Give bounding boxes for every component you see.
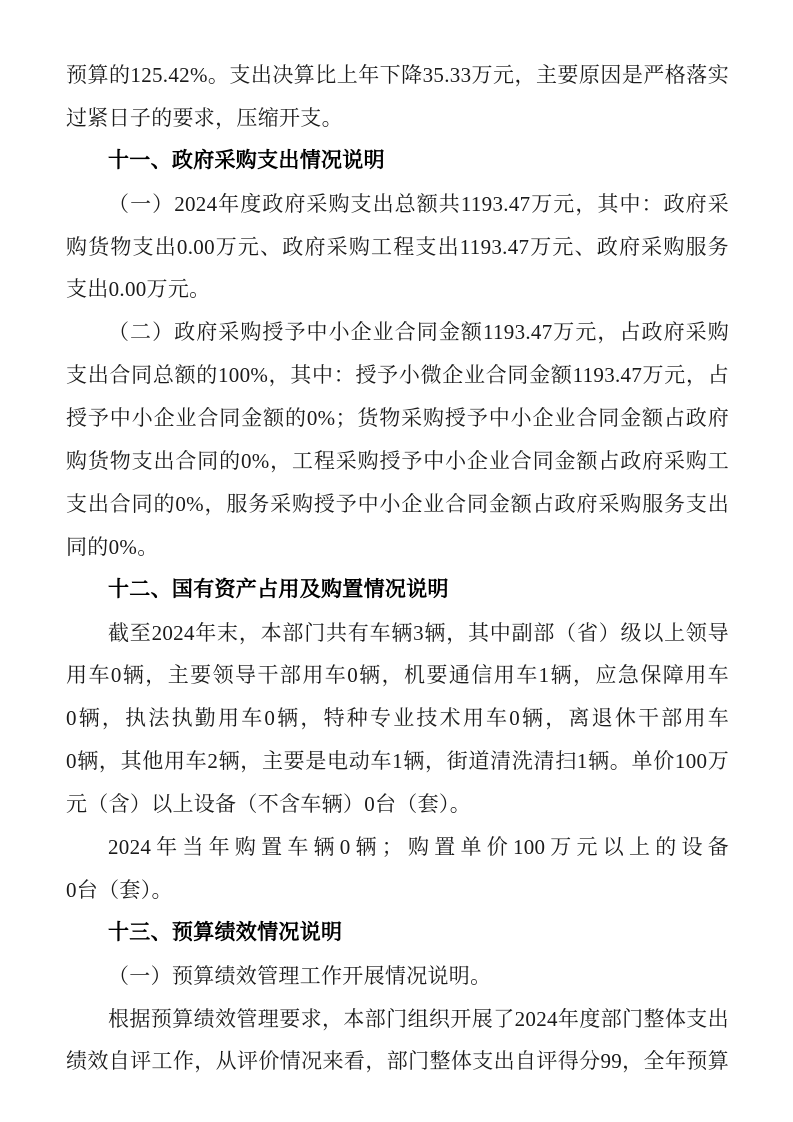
text-line: （一）2024年度政府采购支出总额共1193.47万元，其中：政府采 [66,183,729,226]
text-line: 购货物支出0.00万元、政府采购工程支出1193.47万元、政府采购服务 [66,226,729,269]
section-heading: 十三、预算绩效情况说明 [66,912,729,955]
text-line: 同的0%。 [66,526,729,569]
text-line: 0辆，其他用车2辆，主要是电动车1辆，街道清洗清扫1辆。单价100万 [66,740,729,783]
text-line: 预算的125.42%。支出决算比上年下降35.33万元，主要原因是严格落实 [66,54,729,97]
text-line: 根据预算绩效管理要求，本部门组织开展了2024年度部门整体支出 [66,998,729,1041]
text-line: 2024年当年购置车辆0辆；购置单价100万元以上的设备 [66,826,729,869]
text-line: 绩效自评工作，从评价情况来看，部门整体支出自评得分99，全年预算 [66,1040,729,1083]
text-line: 元（含）以上设备（不含车辆）0台（套）。 [66,783,729,826]
text-line: 支出合同总额的100%，其中：授予小微企业合同金额1193.47万元，占 [66,354,729,397]
text-line: 截至2024年末，本部门共有车辆3辆，其中副部（省）级以上领导 [66,612,729,655]
document-page: 预算的125.42%。支出决算比上年下降35.33万元，主要原因是严格落实 过紧… [0,0,793,1122]
text-line: 授予中小企业合同金额的0%；货物采购授予中小企业合同金额占政府采 [66,397,729,440]
section-heading: 十一、政府采购支出情况说明 [66,140,729,183]
document-body: 预算的125.42%。支出决算比上年下降35.33万元，主要原因是严格落实 过紧… [66,54,729,1083]
text-line: 0辆，执法执勤用车0辆，特种专业技术用车0辆，离退休干部用车 [66,697,729,740]
text-line: 购货物支出合同的0%，工程采购授予中小企业合同金额占政府采购工程 [66,440,729,483]
text-line: 用车0辆，主要领导干部用车0辆，机要通信用车1辆，应急保障用车 [66,654,729,697]
section-heading: 十二、国有资产占用及购置情况说明 [66,569,729,612]
text-line: （二）政府采购授予中小企业合同金额1193.47万元，占政府采购 [66,311,729,354]
text-line: 支出合同的0%，服务采购授予中小企业合同金额占政府采购服务支出合 [66,483,729,526]
text-line: 过紧日子的要求，压缩开支。 [66,97,729,140]
text-line: （一）预算绩效管理工作开展情况说明。 [66,955,729,998]
text-line: 支出0.00万元。 [66,268,729,311]
text-line: 0台（套）。 [66,869,729,912]
